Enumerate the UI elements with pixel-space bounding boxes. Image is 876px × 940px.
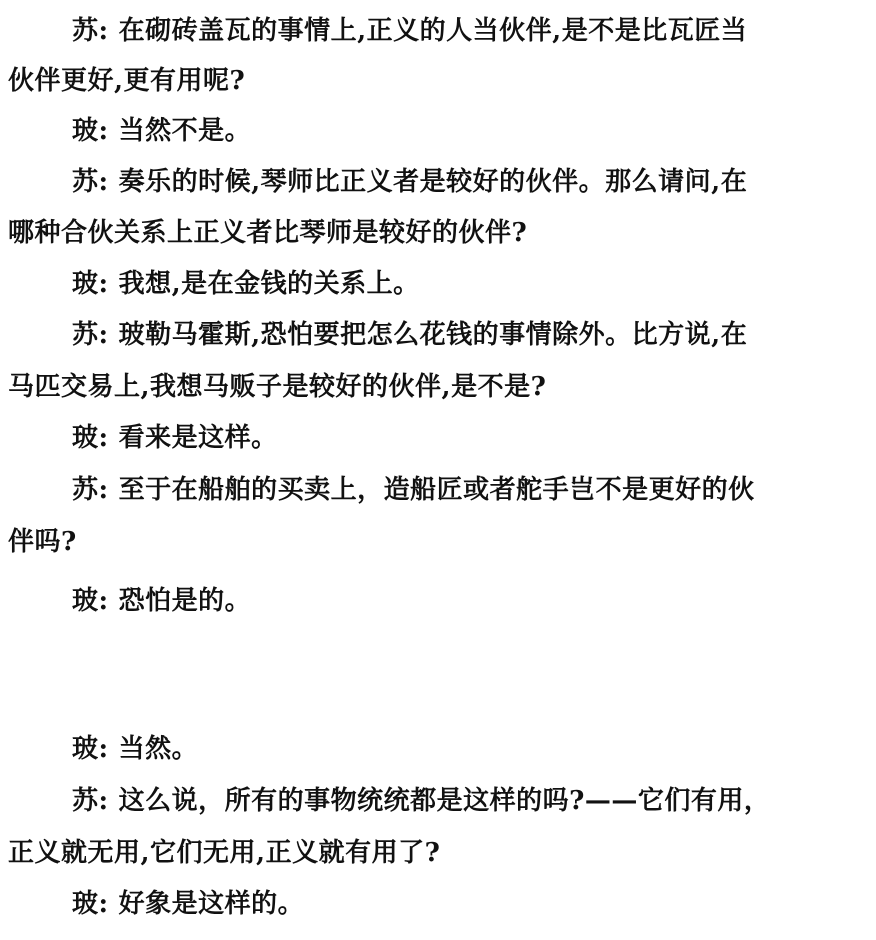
dialogue-line-continuation: 正义就无用,它们无用,正义就有用了? — [8, 836, 440, 870]
line-text: 伙伴更好,更有用呢? — [8, 66, 245, 96]
speaker-label: 玻: — [72, 116, 109, 146]
dialogue-line: 玻:看来是这样。 — [72, 421, 278, 455]
speaker-label: 苏: — [72, 320, 109, 350]
dialogue-line: 玻:恐怕是的。 — [72, 584, 251, 618]
dialogue-line-continuation: 哪种合伙关系上正义者比琴师是较好的伙伴? — [8, 216, 527, 250]
line-text: 在砌砖盖瓦的事情上,正义的人当伙伴,是不是比瓦匠当 — [119, 16, 748, 46]
line-text: 奏乐的时候,琴师比正义者是较好的伙伴。那么请问,在 — [119, 167, 748, 197]
dialogue-line: 苏:玻勒马霍斯,恐怕要把怎么花钱的事情除外。比方说,在 — [72, 318, 747, 352]
speaker-label: 苏: — [72, 16, 109, 46]
line-text: 这么说，所有的事物统统都是这样的吗?——它们有用， — [119, 786, 771, 816]
dialogue-line-continuation: 伙伴更好,更有用呢? — [8, 64, 245, 98]
line-text: 恐怕是的。 — [119, 586, 252, 616]
dialogue-line: 玻:当然不是。 — [72, 114, 251, 148]
speaker-label: 玻: — [72, 423, 109, 453]
line-text: 当然。 — [119, 734, 199, 764]
speaker-label: 玻: — [72, 734, 109, 764]
line-text: 马匹交易上,我想马贩子是较好的伙伴,是不是? — [8, 372, 546, 402]
dialogue-line: 苏:这么说，所有的事物统统都是这样的吗?——它们有用， — [72, 784, 770, 818]
line-text: 好象是这样的。 — [119, 889, 305, 919]
speaker-label: 苏: — [72, 167, 109, 197]
speaker-label: 苏: — [72, 475, 109, 505]
line-text: 我想,是在金钱的关系上。 — [119, 269, 420, 299]
speaker-label: 苏: — [72, 786, 109, 816]
dialogue-line: 苏:在砌砖盖瓦的事情上,正义的人当伙伴,是不是比瓦匠当 — [72, 14, 747, 48]
dialogue-line: 玻:我想,是在金钱的关系上。 — [72, 267, 420, 301]
dialogue-line-continuation: 伴吗? — [8, 525, 77, 559]
speaker-label: 玻: — [72, 269, 109, 299]
dialogue-line: 苏:至于在船舶的买卖上，造船匠或者舵手岂不是更好的伙 — [72, 473, 755, 507]
dialogue-line: 玻:当然。 — [72, 732, 198, 766]
line-text: 伴吗? — [8, 527, 77, 557]
line-text: 玻勒马霍斯,恐怕要把怎么花钱的事情除外。比方说,在 — [119, 320, 748, 350]
dialogue-line: 玻:好象是这样的。 — [72, 887, 304, 921]
line-text: 当然不是。 — [119, 116, 252, 146]
speaker-label: 玻: — [72, 586, 109, 616]
speaker-label: 玻: — [72, 889, 109, 919]
line-text: 看来是这样。 — [119, 423, 278, 453]
line-text: 哪种合伙关系上正义者比琴师是较好的伙伴? — [8, 218, 527, 248]
dialogue-line-continuation: 马匹交易上,我想马贩子是较好的伙伴,是不是? — [8, 370, 546, 404]
line-text: 至于在船舶的买卖上，造船匠或者舵手岂不是更好的伙 — [119, 475, 755, 505]
line-text: 正义就无用,它们无用,正义就有用了? — [8, 838, 440, 868]
dialogue-line: 苏:奏乐的时候,琴师比正义者是较好的伙伴。那么请问,在 — [72, 165, 747, 199]
